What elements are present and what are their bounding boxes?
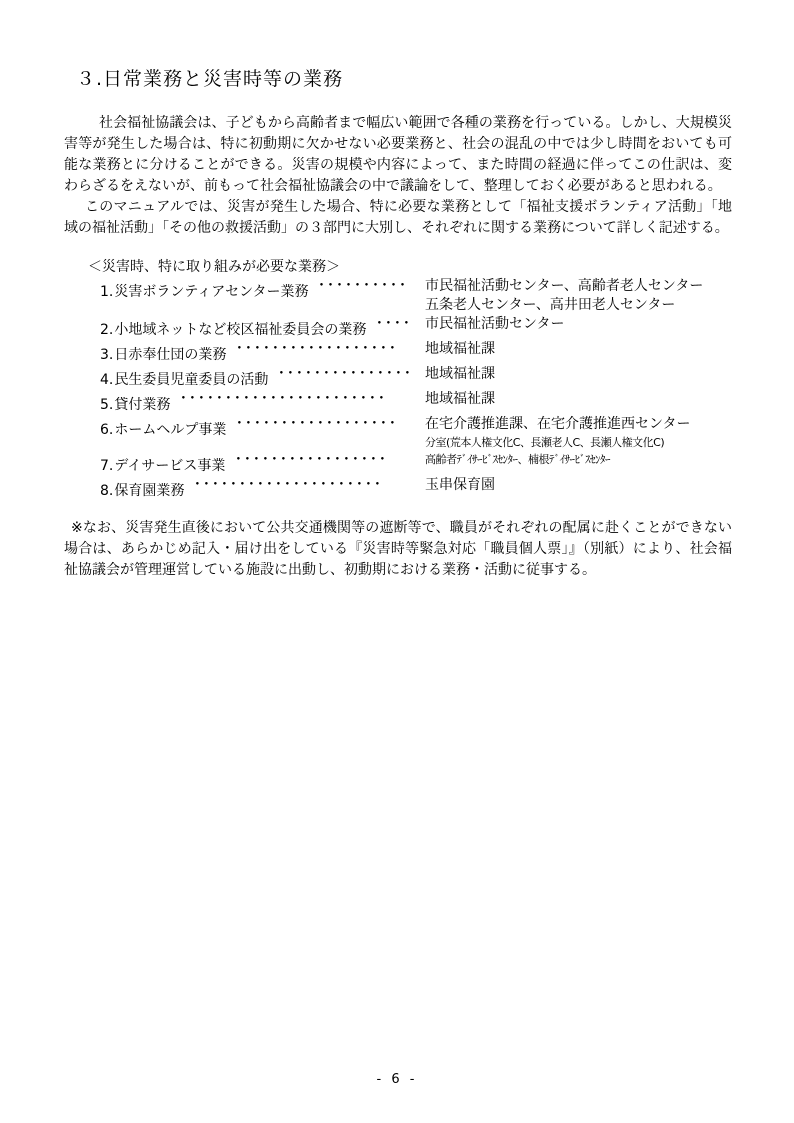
task-list-header: ＜災害時、特に取り組みが必要な業務＞ <box>88 258 732 277</box>
task-item-values: 地域福祉課 <box>425 365 732 384</box>
task-item-label-cell: 2.小地域ネットなど校区福祉委員会の業務・・・・ <box>100 315 425 340</box>
task-item-value: 市民福祉活動センター、高齢者老人センター <box>425 277 732 296</box>
task-list-item: 8.保育園業務・・・・・・・・・・・・・・・・・・・・・玉串保育園 <box>100 476 732 501</box>
task-item-label: 日赤奉仕団の業務 <box>114 347 226 363</box>
task-list-item: 1.災害ボランティアセンター業務・・・・・・・・・・市民福祉活動センター、高齢者… <box>100 277 732 315</box>
task-item-value: 地域福祉課 <box>425 365 732 384</box>
dotted-leader: ・・・・・・・・・・・・・・・・・・ <box>232 340 394 359</box>
task-item-number: 7. <box>100 458 113 474</box>
task-item-label: 保育園業務 <box>114 483 184 499</box>
task-item-number: 1. <box>100 284 113 300</box>
dotted-leader: ・・・・・・・・・・・・・・・・・・・・・・・ <box>176 390 383 409</box>
task-item-value: 地域福祉課 <box>425 390 732 409</box>
dotted-leader: ・・・・・・・・・・・・・・・・・ <box>231 451 384 470</box>
dotted-leader: ・・・・・・・・・・・・・・・・・・・・・ <box>190 476 379 495</box>
task-item-value: 地域福祉課 <box>425 340 732 359</box>
task-item-value: 在宅介護推進課、在宅介護推進西センター <box>425 415 732 434</box>
paragraph-manual-scope: このマニュアルでは、災害が発生した場合、特に必要な業務として「福祉支援ボランティ… <box>64 197 732 239</box>
paragraph-note: ※なお、災害発生直後において公共交通機関等の遮断等で、職員がそれぞれの配属に赴く… <box>64 518 732 581</box>
task-item-label: 民生委員児童委員の活動 <box>114 372 268 388</box>
page-title: ３.日常業務と災害時等の業務 <box>76 66 732 92</box>
task-item-label-cell: 8.保育園業務・・・・・・・・・・・・・・・・・・・・・ <box>100 476 425 501</box>
page-number: - 6 - <box>0 1072 794 1087</box>
task-item-values: 市民福祉活動センター <box>425 315 732 334</box>
task-item-values: 地域福祉課 <box>425 390 732 409</box>
task-item-number: 8. <box>100 483 113 499</box>
task-item-number: 4. <box>100 372 113 388</box>
task-item-label-cell: 1.災害ボランティアセンター業務・・・・・・・・・・ <box>100 277 425 302</box>
dotted-leader: ・・・・・・・・・・ <box>315 277 405 296</box>
task-item-values: 地域福祉課 <box>425 340 732 359</box>
task-list: 1.災害ボランティアセンター業務・・・・・・・・・・市民福祉活動センター、高齢者… <box>100 277 732 501</box>
paragraph-overview: 社会福祉協議会は、子どもから高齢者まで幅広い範囲で各種の業務を行っている。しかし… <box>64 113 732 197</box>
task-list-item: 4.民生委員児童委員の活動・・・・・・・・・・・・・・・地域福祉課 <box>100 365 732 390</box>
task-item-values: 在宅介護推進課、在宅介護推進西センター分室(荒本人権文化C、長瀬老人C、長瀬人権… <box>425 415 732 451</box>
task-item-value: 高齢者ﾃﾞｲｻｰﾋﾞｽｾﾝﾀｰ、楠根ﾃﾞｲｻｰﾋﾞｽｾﾝﾀｰ <box>425 451 732 468</box>
task-item-label: 貸付業務 <box>114 397 170 413</box>
task-list-item: 7.デイサービス事業・・・・・・・・・・・・・・・・・高齢者ﾃﾞｲｻｰﾋﾞｽｾﾝ… <box>100 451 732 476</box>
task-item-label-cell: 6.ホームヘルプ事業・・・・・・・・・・・・・・・・・・ <box>100 415 425 440</box>
task-item-number: 6. <box>100 422 113 438</box>
task-item-label-cell: 3.日赤奉仕団の業務・・・・・・・・・・・・・・・・・・ <box>100 340 425 365</box>
task-item-value: 玉串保育園 <box>425 476 732 495</box>
document-page: ３.日常業務と災害時等の業務 社会福祉協議会は、子どもから高齢者まで幅広い範囲で… <box>0 0 794 1123</box>
task-item-value: 分室(荒本人権文化C、長瀬老人C、長瀬人権文化C) <box>425 434 732 451</box>
task-item-label: 小地域ネットなど校区福祉委員会の業務 <box>114 322 366 338</box>
task-item-label: ホームヘルプ事業 <box>114 422 226 438</box>
dotted-leader: ・・・・ <box>372 315 408 334</box>
task-item-number: 5. <box>100 397 113 413</box>
task-item-values: 玉串保育園 <box>425 476 732 495</box>
task-list-item: 3.日赤奉仕団の業務・・・・・・・・・・・・・・・・・・地域福祉課 <box>100 340 732 365</box>
task-list-item: 6.ホームヘルプ事業・・・・・・・・・・・・・・・・・・在宅介護推進課、在宅介護… <box>100 415 732 451</box>
dotted-leader: ・・・・・・・・・・・・・・・ <box>274 365 409 384</box>
task-item-label: 災害ボランティアセンター業務 <box>114 284 308 300</box>
task-item-label-cell: 7.デイサービス事業・・・・・・・・・・・・・・・・・ <box>100 451 425 476</box>
task-item-label-cell: 4.民生委員児童委員の活動・・・・・・・・・・・・・・・ <box>100 365 425 390</box>
task-item-label-cell: 5.貸付業務・・・・・・・・・・・・・・・・・・・・・・・ <box>100 390 425 415</box>
task-item-number: 2. <box>100 322 113 338</box>
task-item-number: 3. <box>100 347 113 363</box>
dotted-leader: ・・・・・・・・・・・・・・・・・・ <box>232 415 394 434</box>
task-list-item: 2.小地域ネットなど校区福祉委員会の業務・・・・市民福祉活動センター <box>100 315 732 340</box>
task-item-label: デイサービス事業 <box>114 458 225 474</box>
task-item-values: 市民福祉活動センター、高齢者老人センター五条老人センター、高井田老人センター <box>425 277 732 315</box>
task-item-value: 市民福祉活動センター <box>425 315 732 334</box>
task-item-values: 高齢者ﾃﾞｲｻｰﾋﾞｽｾﾝﾀｰ、楠根ﾃﾞｲｻｰﾋﾞｽｾﾝﾀｰ <box>425 451 732 468</box>
task-item-value: 五条老人センター、高井田老人センター <box>425 296 732 315</box>
task-list-item: 5.貸付業務・・・・・・・・・・・・・・・・・・・・・・・地域福祉課 <box>100 390 732 415</box>
